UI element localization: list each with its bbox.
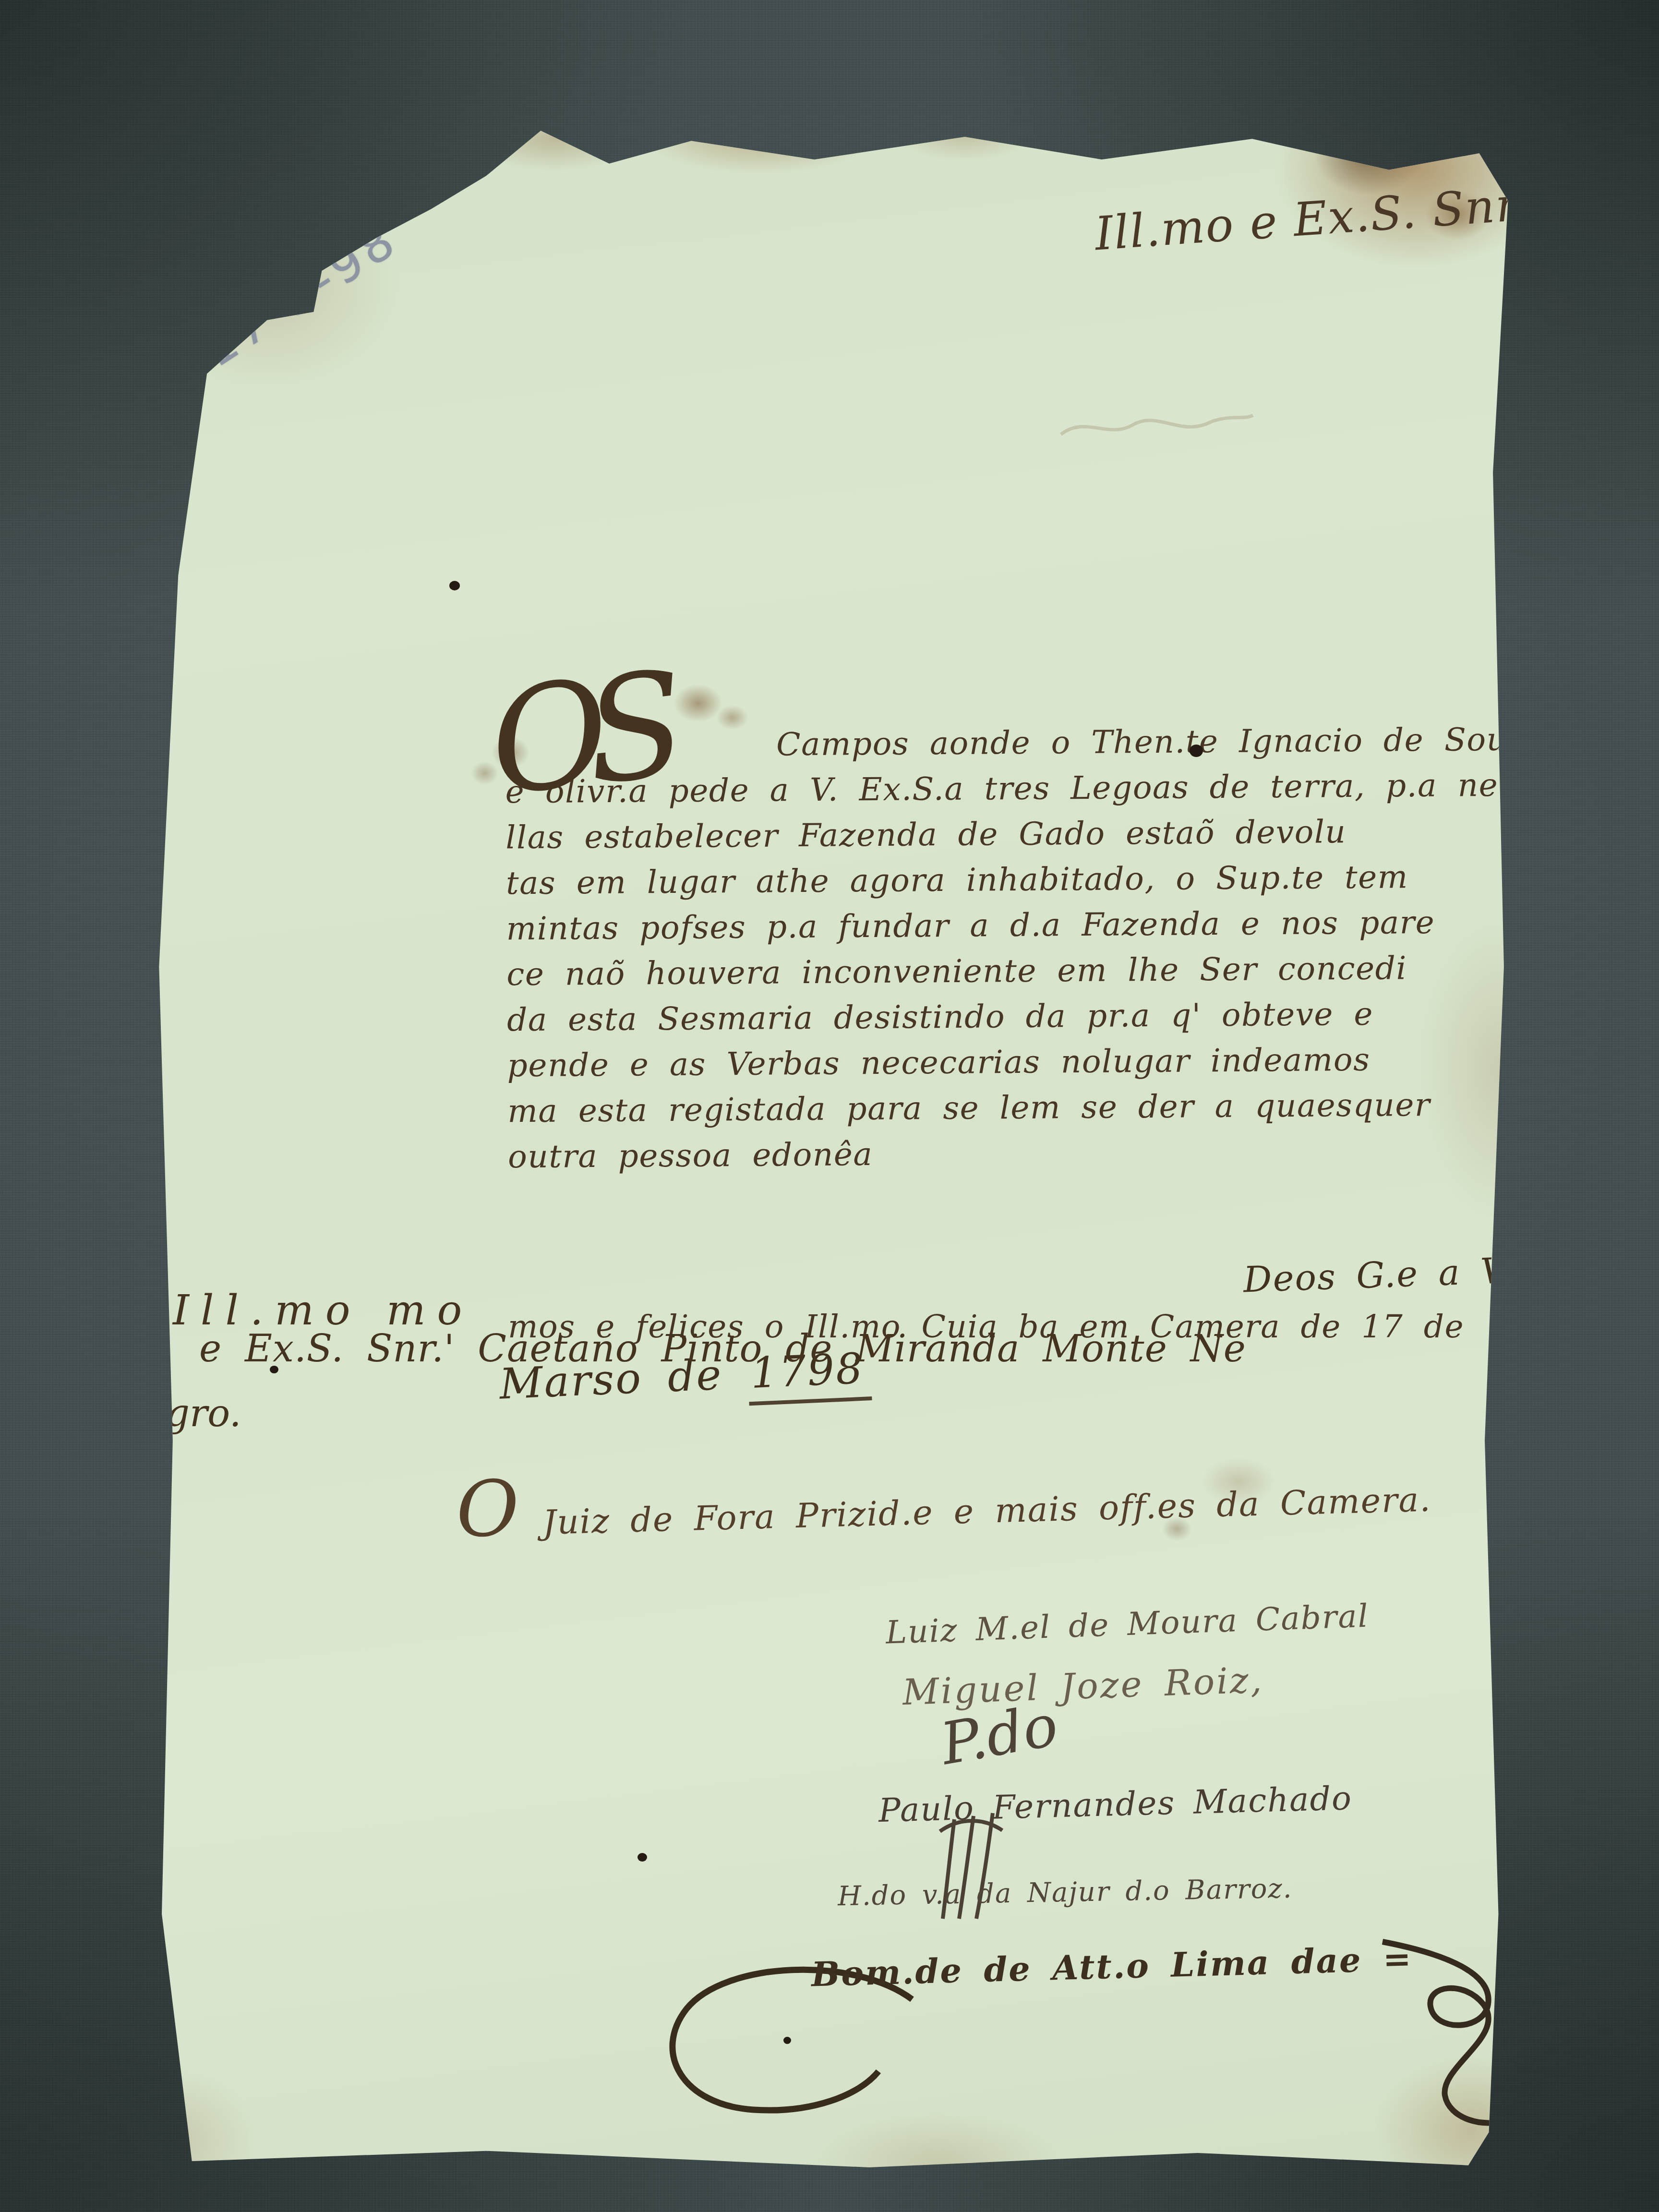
manuscript-line: outra pessoa edonêa bbox=[508, 1127, 1521, 1180]
letter-body: OS Campos aonde o Then.te Ignacio de Sou… bbox=[505, 717, 1521, 1180]
manuscript-line: pende e as Verbas nececarias nolugar ind… bbox=[507, 1036, 1520, 1089]
ink-speck bbox=[783, 2037, 791, 2044]
manuscript-line: tas em lugar athe agora inhabitado, o Su… bbox=[506, 854, 1519, 906]
archival-date-pencil-note: 17-5-98 bbox=[192, 211, 408, 378]
addressee-name-continuation: gro. bbox=[166, 1392, 241, 1435]
ink-showthrough-mark bbox=[1056, 401, 1258, 454]
signature-luiz-moura-cabral: Luiz M.el de Moura Cabral bbox=[885, 1597, 1370, 1651]
photograph-background: 17-5-98 Ill.mo e Ex.S. Snr. OS Campos ao… bbox=[0, 0, 1659, 2212]
manuscript-page: 17-5-98 Ill.mo e Ex.S. Snr. OS Campos ao… bbox=[144, 122, 1512, 2182]
manuscript-line: ce naõ houvera inconveniente em lhe Ser … bbox=[506, 945, 1520, 998]
addressee-name-line: e Ex.S. Snr.' Caetano Pinto de Miranda M… bbox=[199, 1327, 1246, 1370]
signature-nazur-barroz: H.do v.a da Najur d.o Barroz. bbox=[838, 1873, 1293, 1912]
ink-speck bbox=[1190, 745, 1203, 757]
signature-end-paraph bbox=[1373, 1927, 1517, 2139]
signature-miguel-joze-roiz: Miguel Joze Roiz, bbox=[902, 1659, 1264, 1713]
manuscript-line: llas estabelecer Fazenda de Gado estaõ d… bbox=[505, 808, 1519, 861]
opening-initial-flourish: OS bbox=[482, 642, 672, 828]
manuscript-line: ma esta registada para se lem se der a q… bbox=[507, 1082, 1521, 1134]
ink-speck bbox=[637, 1853, 647, 1862]
ink-speck bbox=[449, 581, 460, 590]
salutation-line: Ill.mo e Ex.S. Snr. bbox=[1093, 182, 1461, 261]
manuscript-line: mintas pofses p.a fundar a d.a Fazenda e… bbox=[506, 899, 1519, 952]
valediction-line: Deos G.e a V. Ex.a bbox=[1243, 1247, 1616, 1301]
council-subscription-line: O Juiz de Fora Prizid.e e mais off.es da… bbox=[455, 1439, 1432, 1554]
manuscript-line: da esta Sesmaria desistindo da pr.a q' o… bbox=[507, 990, 1520, 1043]
signature-lima-dae: Bom.de de Att.o Lima dae = bbox=[811, 1939, 1413, 1995]
ink-speck bbox=[270, 1366, 278, 1373]
